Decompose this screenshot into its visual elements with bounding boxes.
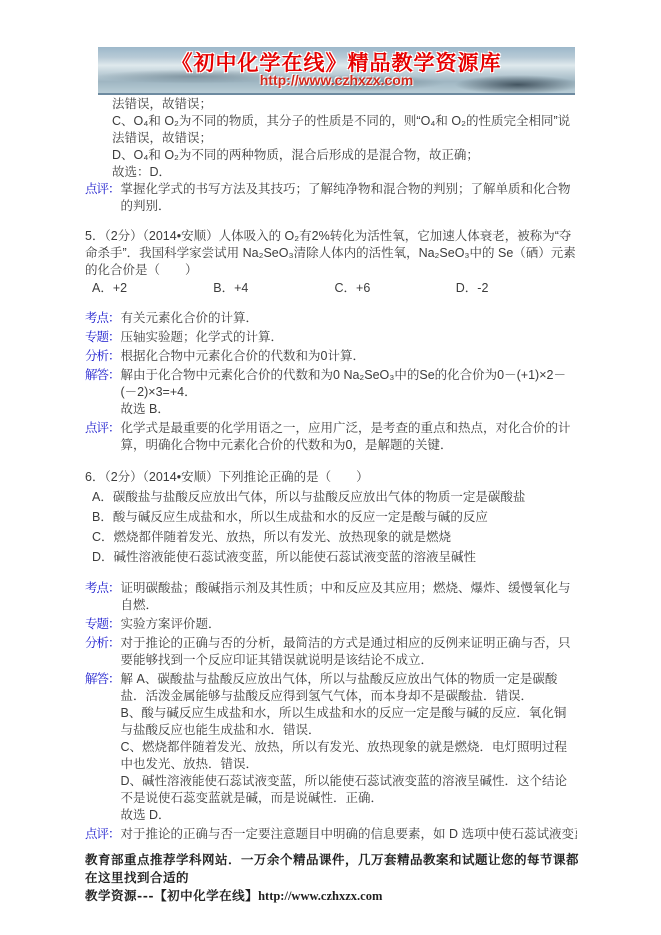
zhuanti-text: 压轴实验题；化学式的计算． <box>121 329 577 346</box>
jieda-paragraph: C、燃烧都伴随着发光、放热，所以有发光、放热现象的就是燃烧．电灯照明过程中也发光… <box>121 739 577 773</box>
dianping-label: 点评： <box>85 420 120 454</box>
question-5-options: A．+2 B．+4 C．+6 D．-2 <box>85 280 577 297</box>
answer-continuation: 法错误，故错误； C、O₄和 O₂为不同的物质，其分子的性质是不同的，则“O₄和… <box>112 96 577 181</box>
jieda-paragraph: D、碱性溶液能使石蕊试液变蓝，所以能使石蕊试液变蓝的溶液呈碱性．这个结论不是说使… <box>121 773 577 807</box>
kaodian-text: 有关元素化合价的计算． <box>121 310 577 327</box>
zhuanti-label: 专题： <box>85 616 120 633</box>
q5-fenxi-row: 分析： 根据化合物中元素化合价的代数和为0计算． <box>85 348 577 365</box>
jieda-text: 解 A、碳酸盐与盐酸反应放出气体，所以与盐酸反应放出气体的物质一定是碳酸盐．活泼… <box>121 671 577 824</box>
fenxi-label: 分析： <box>85 635 120 669</box>
footer-line1: 教育部重点推荐学科网站．一万余个精品课件，几万套精品教案和试题让您的每节课都在这… <box>85 851 590 887</box>
footer-line2: 教学资源---【初中化学在线】http://www.czhxzx.com <box>85 887 590 905</box>
document-body: 法错误，故错误； C、O₄和 O₂为不同的物质，其分子的性质是不同的，则“O₄和… <box>85 96 577 845</box>
kaodian-text: 证明碳酸盐；酸碱指示剂及其性质；中和反应及其应用；燃烧、爆炸、缓慢氧化与自燃． <box>121 580 577 614</box>
q6-dianping-row: 点评： 对于推论的正确与否一定要注意题目中明确的信息要素，如 D 选项中使石蕊试… <box>85 826 577 843</box>
q5-option-c: C．+6 <box>335 280 456 297</box>
fenxi-label: 分析： <box>85 348 120 365</box>
continuation-line: C、O₄和 O₂为不同的物质，其分子的性质是不同的，则“O₄和 O₂的性质完全相… <box>112 113 577 147</box>
question-6-stem: 6．（2分）（2014•安顺）下列推论正确的是（ ） <box>85 467 577 487</box>
jieda-answer-line: 故选 D． <box>121 807 577 824</box>
zhuanti-label: 专题： <box>85 329 120 346</box>
dianping-label: 点评： <box>85 181 120 215</box>
jieda-answer-line: 故选 B． <box>121 401 577 418</box>
fenxi-text: 根据化合物中元素化合价的代数和为0计算． <box>121 348 577 365</box>
zhuanti-text: 实验方案评价题． <box>121 616 577 633</box>
banner-title: 《初中化学在线》精品教学资源库 <box>172 52 502 74</box>
jieda-text: 解由于化合物中元素化合价的代数和为0 Na₂SeO₃中的Se的化合价为0－(+1… <box>121 367 577 418</box>
q5-option-a: A．+2 <box>92 280 213 297</box>
q5-dianping-row: 点评： 化学式是最重要的化学用语之一，应用广泛，是考查的重点和热点，对化合价的计… <box>85 420 577 454</box>
dianping-text: 化学式是最重要的化学用语之一，应用广泛，是考查的重点和热点，对化合价的计算，明确… <box>121 420 577 454</box>
q6-option-c: C．燃烧都伴随着发光、放热，所以有发光、放热现象的就是燃烧 <box>85 527 577 547</box>
site-banner-image: 《初中化学在线》精品教学资源库 http://www.czhxzx.com <box>98 47 575 95</box>
q5-kaodian-row: 考点： 有关元素化合价的计算． <box>85 310 577 327</box>
prev-dianping-row: 点评： 掌握化学式的书写方法及其技巧；了解纯净物和混合物的判别；了解单质和化合物… <box>85 181 577 215</box>
q5-zhuanti-row: 专题： 压轴实验题；化学式的计算． <box>85 329 577 346</box>
kaodian-label: 考点： <box>85 580 120 614</box>
continuation-line: D、O₄和 O₂为不同的两种物质，混合后形成的是混合物，故正确； <box>112 147 577 164</box>
continuation-line: 法错误，故错误； <box>112 96 577 113</box>
footer-url-link[interactable]: http://www.czhxzx.com <box>258 889 382 903</box>
footer-line2-text: 教学资源---【初中化学在线】 <box>85 888 258 903</box>
kaodian-label: 考点： <box>85 310 120 327</box>
q6-jieda-row: 解答： 解 A、碳酸盐与盐酸反应放出气体，所以与盐酸反应放出气体的物质一定是碳酸… <box>85 671 577 824</box>
question-5-stem: 5．（2分）（2014•安顺）人体吸入的 O₂有2%转化为活性氧，它加速人体衰老… <box>85 228 577 279</box>
question-6-options: A．碳酸盐与盐酸反应放出气体，所以与盐酸反应放出气体的物质一定是碳酸盐 B．酸与… <box>85 487 577 567</box>
q5-jieda-row: 解答： 解由于化合物中元素化合价的代数和为0 Na₂SeO₃中的Se的化合价为0… <box>85 367 577 418</box>
fenxi-text: 对于推论的正确与否的分析，最简洁的方式是通过相应的反例来证明正确与否，只要能够找… <box>121 635 577 669</box>
banner-url-link[interactable]: http://www.czhxzx.com <box>260 73 414 88</box>
q5-option-b: B．+4 <box>213 280 334 297</box>
q6-kaodian-row: 考点： 证明碳酸盐；酸碱指示剂及其性质；中和反应及其应用；燃烧、爆炸、缓慢氧化与… <box>85 580 577 614</box>
jieda-label: 解答： <box>85 671 120 824</box>
continuation-line: 故选：D． <box>112 164 577 181</box>
dianping-text: 掌握化学式的书写方法及其技巧；了解纯净物和混合物的判别；了解单质和化合物的判别． <box>121 181 577 215</box>
jieda-paragraph: 解 A、碳酸盐与盐酸反应放出气体，所以与盐酸反应放出气体的物质一定是碳酸盐．活泼… <box>121 671 577 705</box>
q6-option-a: A．碳酸盐与盐酸反应放出气体，所以与盐酸反应放出气体的物质一定是碳酸盐 <box>85 487 577 507</box>
jieda-label: 解答： <box>85 367 120 418</box>
dianping-label: 点评： <box>85 826 120 843</box>
jieda-paragraph: 解由于化合物中元素化合价的代数和为0 Na₂SeO₃中的Se的化合价为0－(+1… <box>121 367 577 401</box>
q5-option-d: D．-2 <box>456 280 577 297</box>
jieda-paragraph: B、酸与碱反应生成盐和水，所以生成盐和水的反应一定是酸与碱的反应．氧化铜与盐酸反… <box>121 705 577 739</box>
q6-option-b: B．酸与碱反应生成盐和水，所以生成盐和水的反应一定是酸与碱的反应 <box>85 507 577 527</box>
q6-option-d: D．碱性溶液能使石蕊试液变蓝，所以能使石蕊试液变蓝的溶液呈碱性 <box>85 547 577 567</box>
dianping-text-truncated: 对于推论的正确与否一定要注意题目中明确的信息要素，如 D 选项中使石蕊试液变蓝 <box>121 826 577 843</box>
document-page: 《初中化学在线》精品教学资源库 http://www.czhxzx.com 法错… <box>0 0 661 935</box>
q6-zhuanti-row: 专题： 实验方案评价题． <box>85 616 577 633</box>
q6-fenxi-row: 分析： 对于推论的正确与否的分析，最简洁的方式是通过相应的反例来证明正确与否，只… <box>85 635 577 669</box>
page-footer: 教育部重点推荐学科网站．一万余个精品课件，几万套精品教案和试题让您的每节课都在这… <box>85 851 590 905</box>
